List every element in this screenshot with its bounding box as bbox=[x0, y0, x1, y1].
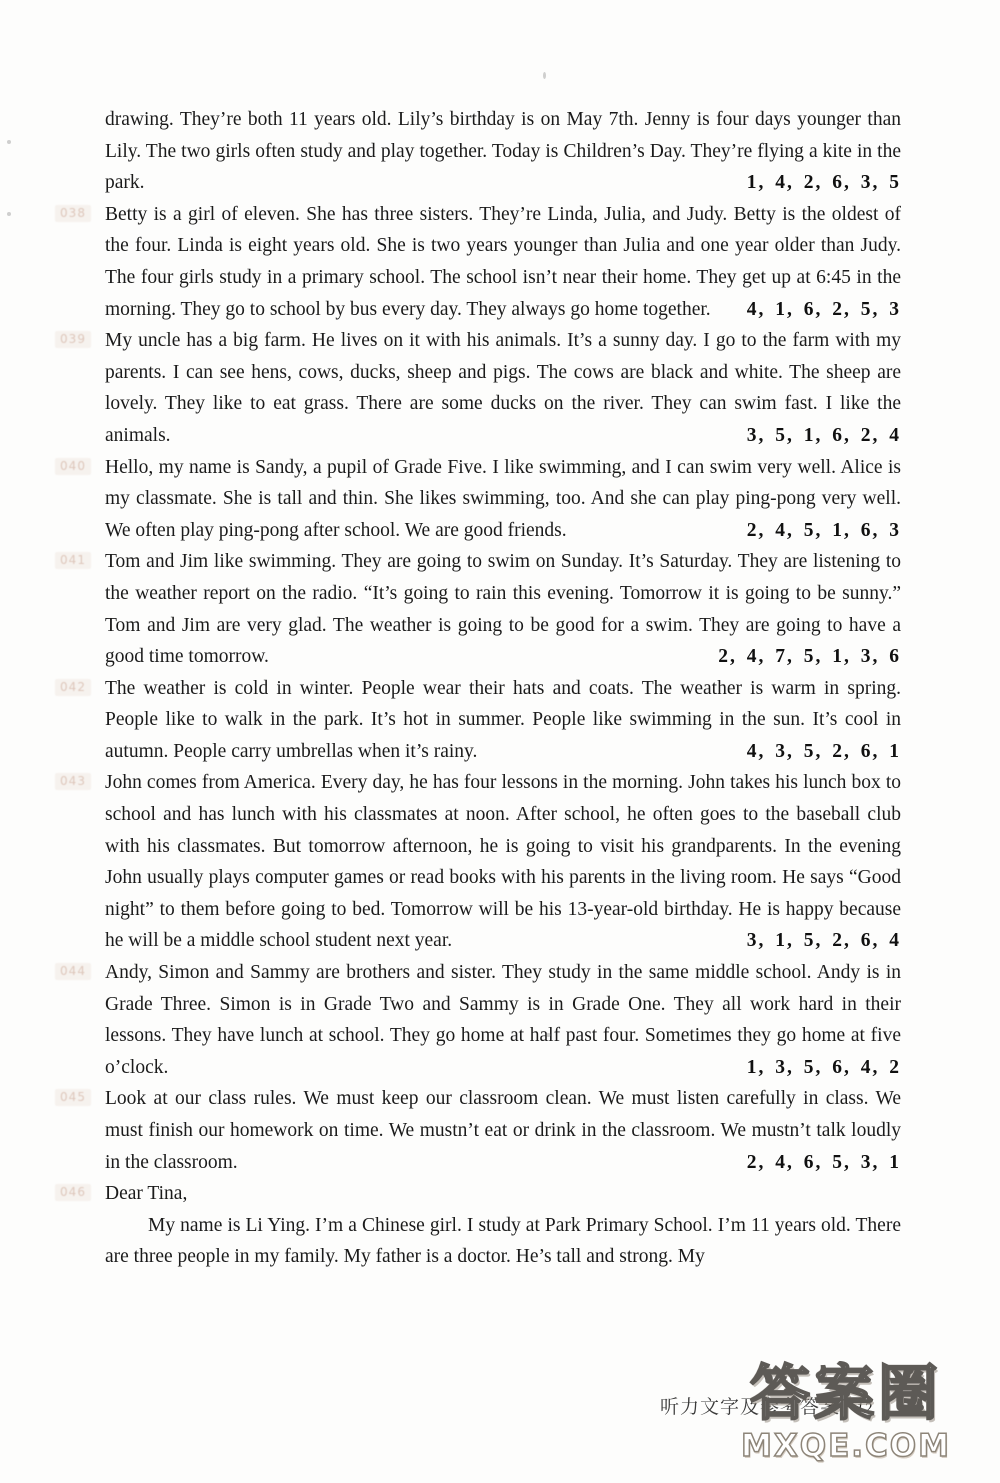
passage-paragraph: 044 Andy, Simon and Sammy are brothers a… bbox=[105, 957, 901, 1083]
audio-track-badge: 038 bbox=[55, 205, 91, 222]
scan-artifact bbox=[543, 72, 546, 79]
letter-salutation: 046 Dear Tina, bbox=[105, 1178, 901, 1210]
audio-track-badge: 045 bbox=[55, 1089, 91, 1106]
watermark-brand-url: MXQE.COM bbox=[686, 1428, 1000, 1464]
letter-body-paragraph: My name is Li Ying. I’m a Chinese girl. … bbox=[105, 1210, 901, 1273]
audio-track-badge: 040 bbox=[55, 458, 91, 475]
audio-track-badge: 043 bbox=[55, 773, 91, 790]
scan-artifact bbox=[546, 1033, 551, 1037]
answer-sequence: 1, 4, 2, 6, 3, 5 bbox=[747, 167, 901, 199]
passage-paragraph: 038 Betty is a girl of eleven. She has t… bbox=[105, 199, 901, 325]
passage-paragraph: 045 Look at our class rules. We must kee… bbox=[105, 1083, 901, 1178]
answer-sequence: 3, 5, 1, 6, 2, 4 bbox=[747, 420, 901, 452]
passage-text: Dear Tina, bbox=[105, 1183, 187, 1204]
answer-sequence: 1, 3, 5, 6, 4, 2 bbox=[747, 1052, 901, 1084]
audio-track-badge: 046 bbox=[55, 1184, 91, 1201]
answer-sequence: 2, 4, 6, 5, 3, 1 bbox=[747, 1147, 901, 1179]
footer-page-number: 12 bbox=[855, 1401, 874, 1418]
answer-sequence: 4, 1, 6, 2, 5, 3 bbox=[747, 294, 901, 326]
scan-artifact bbox=[7, 212, 11, 216]
passage-paragraph: 039 My uncle has a big farm. He lives on… bbox=[105, 325, 901, 451]
passage-paragraph: 041 Tom and Jim like swimming. They are … bbox=[105, 546, 901, 672]
audio-track-badge: 041 bbox=[55, 552, 91, 569]
passage-paragraph: drawing. They’re both 11 years old. Lily… bbox=[105, 104, 901, 199]
page-footer: 听力文字及参考答案 12 bbox=[660, 1392, 873, 1419]
answer-sequence: 4, 3, 5, 2, 6, 1 bbox=[747, 736, 901, 768]
passage-paragraph: 043 John comes from America. Every day, … bbox=[105, 767, 901, 957]
passage-text: John comes from America. Every day, he h… bbox=[105, 772, 901, 951]
passage-paragraph: 040 Hello, my name is Sandy, a pupil of … bbox=[105, 452, 901, 547]
audio-track-badge: 039 bbox=[55, 331, 91, 348]
audio-track-badge: 044 bbox=[55, 963, 91, 980]
answer-sequence: 3, 1, 5, 2, 6, 4 bbox=[747, 925, 901, 957]
scanned-answer-key-page: drawing. They’re both 11 years old. Lily… bbox=[0, 0, 1000, 1483]
answer-sequence: 2, 4, 7, 5, 1, 3, 6 bbox=[718, 641, 901, 673]
passage-text: My name is Li Ying. I’m a Chinese girl. … bbox=[105, 1215, 901, 1268]
passage-paragraph: 042 The weather is cold in winter. Peopl… bbox=[105, 673, 901, 768]
transcript-content: drawing. They’re both 11 years old. Lily… bbox=[105, 104, 901, 1273]
scan-artifact bbox=[7, 140, 11, 144]
audio-track-badge: 042 bbox=[55, 679, 91, 696]
footer-section-label: 听力文字及参考答案 bbox=[660, 1397, 840, 1418]
answer-sequence: 2, 4, 5, 1, 6, 3 bbox=[747, 515, 901, 547]
